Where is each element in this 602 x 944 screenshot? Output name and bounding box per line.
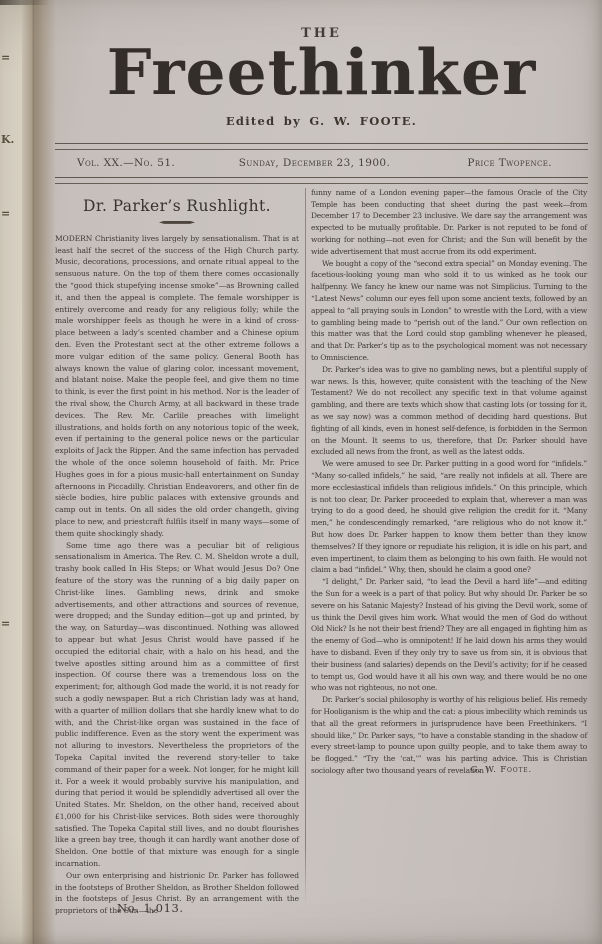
volume-number: Vol. XX.—No. 51.	[55, 157, 239, 169]
column-divider-rule	[305, 188, 306, 905]
printed-page: THE Freethinker Edited by G. W. FOOTE. V…	[55, 0, 588, 917]
article-paragraph: Some time ago there was a peculiar bit o…	[55, 540, 299, 870]
article-paragraph: We bought a copy of the “second extra sp…	[311, 258, 587, 364]
article-paragraph: Dr. Parker’s social philosophy is worthy…	[311, 694, 587, 777]
article-paragraph: We were amused to see Dr. Parker putting…	[311, 458, 587, 576]
facing-page-text-fragment: =	[1, 618, 10, 629]
facing-page-edge: = K. = =	[0, 0, 22, 944]
right-column: funny name of a London evening paper—the…	[311, 186, 587, 917]
page-crease	[32, 0, 35, 944]
gutter-shadow	[22, 0, 56, 944]
header-rule-bottom	[55, 177, 588, 184]
article-columns: Dr. Parker’s Rushlight. MODERN Christian…	[55, 186, 588, 917]
facing-page-text-fragment: =	[1, 52, 10, 63]
left-column: Dr. Parker’s Rushlight. MODERN Christian…	[55, 186, 299, 917]
masthead: THE Freethinker Edited by G. W. FOOTE.	[55, 26, 588, 128]
header-rule-top	[55, 143, 588, 150]
facing-page-text-fragment: K.	[1, 134, 14, 145]
article-paragraph: Dr. Parker’s idea was to give no gamblin…	[311, 364, 587, 458]
issue-line: Vol. XX.—No. 51. Sunday, December 23, 19…	[55, 157, 588, 169]
masthead-editor-line: Edited by G. W. FOOTE.	[55, 114, 588, 128]
issue-number-footer: No. 1,013.	[117, 901, 184, 915]
article-paragraph: “I delight,” Dr. Parker said, “to lead t…	[311, 576, 587, 694]
article-paragraph: MODERN Christianity lives largely by sen…	[55, 233, 299, 540]
book-top-edge	[0, 0, 50, 5]
article-paragraph: funny name of a London evening paper—the…	[311, 186, 587, 258]
article-headline: Dr. Parker’s Rushlight.	[55, 197, 299, 215]
headline-ornament-rule	[159, 221, 195, 224]
issue-price: Price Twopence.	[390, 157, 588, 169]
facing-page-text-fragment: =	[1, 208, 10, 219]
issue-date: Sunday, December 23, 1900.	[239, 157, 390, 169]
newspaper-page-scan: = K. = = THE Freethinker Edited by G. W.…	[0, 0, 602, 944]
masthead-title: Freethinker	[55, 43, 588, 103]
